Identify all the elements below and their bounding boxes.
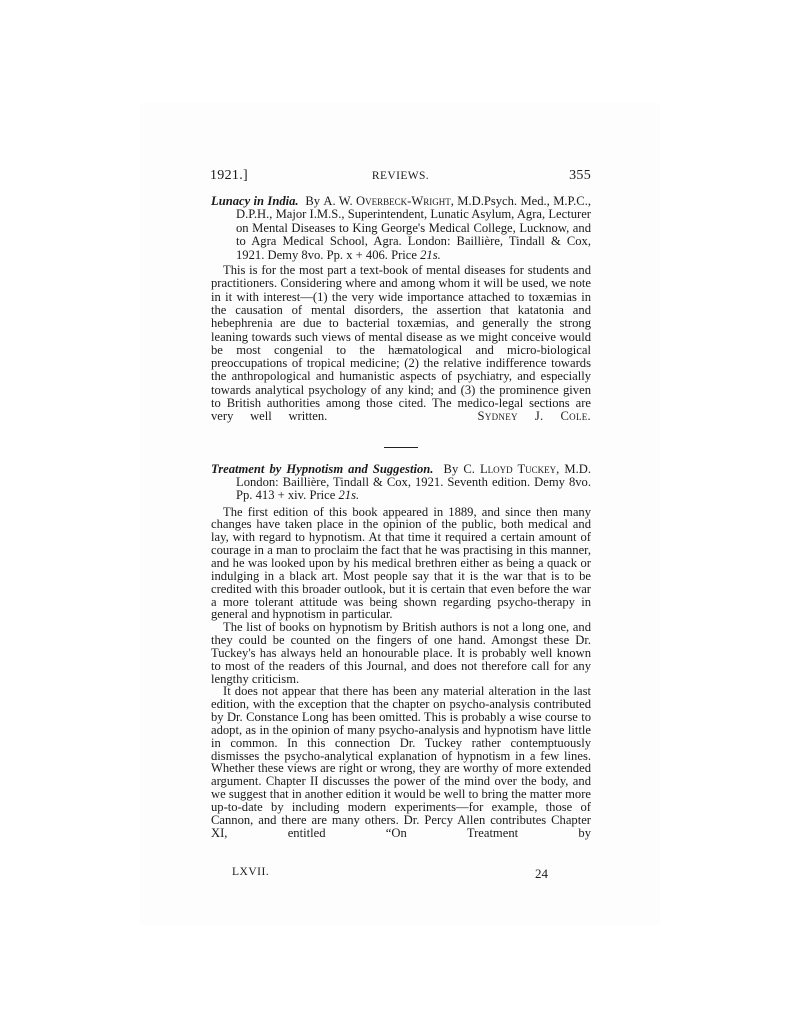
reviewer-signature: Sydney J. Cole.: [478, 409, 591, 423]
page-footer: LXVII. 24: [232, 866, 552, 882]
page-number: 355: [569, 168, 591, 184]
review-paragraph: The list of books on hypnotism by Britis…: [211, 621, 591, 685]
review-lunacy-in-india: Lunacy in India. By A. W. Overbeck-Wrigh…: [211, 195, 591, 424]
signature-mark: 24: [535, 866, 548, 882]
by-label: By: [444, 462, 459, 476]
book-price: 21s.: [339, 488, 360, 502]
review-treatment-by-hypnotism: Treatment by Hypnotism and Suggestion. B…: [211, 463, 591, 840]
book-author: A. W. Overbeck-Wright,: [323, 194, 453, 208]
volume-number: LXVII.: [232, 866, 269, 878]
review-heading: Treatment by Hypnotism and Suggestion. B…: [211, 463, 591, 503]
section-divider: [384, 447, 418, 448]
review-paragraph: The first edition of this book appeared …: [211, 506, 591, 622]
review-paragraph: This is for the most part a text-book of…: [211, 264, 591, 424]
book-title: Lunacy in India.: [211, 194, 299, 208]
book-price: 21s.: [420, 248, 441, 262]
book-author: C. Lloyd Tuckey,: [463, 462, 559, 476]
review-heading: Lunacy in India. By A. W. Overbeck-Wrigh…: [211, 195, 591, 262]
review-text: This is for the most part a text-book of…: [211, 263, 591, 423]
by-label: By: [305, 194, 320, 208]
running-head-section: REVIEWS.: [210, 170, 591, 182]
running-head: 1921.] REVIEWS. 355: [210, 168, 591, 186]
review-paragraph: It does not appear that there has been a…: [211, 685, 591, 839]
book-title: Treatment by Hypnotism and Suggestion.: [211, 462, 433, 476]
